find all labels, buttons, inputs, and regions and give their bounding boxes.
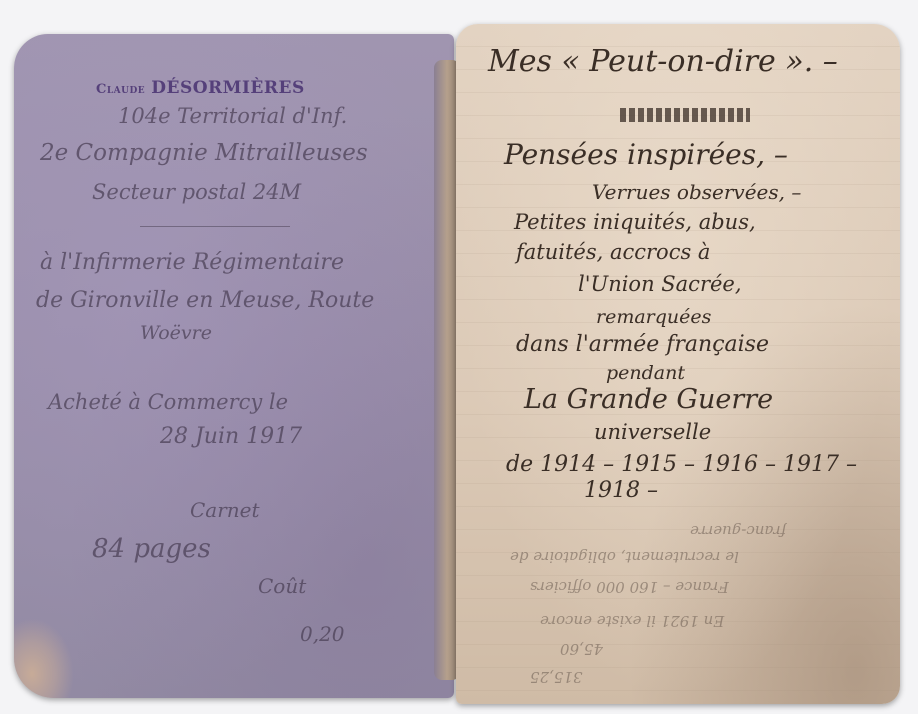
bleed-line-3: France – 160 000 officiers bbox=[530, 578, 729, 596]
left-line-cost-label: Coût bbox=[258, 574, 306, 598]
left-line-company: 2e Compagnie Mitrailleuses bbox=[40, 140, 368, 166]
right-line-12: 1918 – bbox=[584, 478, 658, 503]
left-line-postal: Secteur postal 24M bbox=[92, 180, 301, 204]
left-line-cost-value: 0,20 bbox=[300, 622, 345, 646]
left-line-date: 28 Juin 1917 bbox=[160, 424, 302, 449]
title-ornament bbox=[620, 108, 750, 122]
right-line-2: Verrues observées, – bbox=[592, 180, 801, 204]
stamp-first-name: Claude bbox=[96, 82, 145, 97]
right-line-6: remarquées bbox=[596, 306, 711, 328]
right-line-10: universelle bbox=[594, 420, 711, 444]
left-line-region: Woëvre bbox=[140, 322, 212, 344]
stamp-last-name: DÉSORMIÈRES bbox=[151, 78, 305, 98]
left-line-regiment: 104e Territorial d'Inf. bbox=[118, 104, 347, 128]
bleed-line-1: franc-guerre bbox=[690, 522, 786, 540]
bleed-line-6: 315,25 bbox=[530, 668, 583, 686]
left-line-location: de Gironville en Meuse, Route bbox=[36, 288, 374, 313]
notebook-photo: Claude DÉSORMIÈRES 104e Territorial d'In… bbox=[0, 0, 918, 714]
left-line-infirmary: à l'Infirmerie Régimentaire bbox=[40, 250, 344, 275]
right-line-4: fatuités, accrocs à bbox=[516, 240, 710, 264]
right-line-3: Petites iniquités, abus, bbox=[514, 210, 756, 234]
right-line-5: l'Union Sacrée, bbox=[578, 272, 742, 296]
left-line-carnet: Carnet bbox=[190, 498, 260, 522]
bleed-line-5: 45,60 bbox=[560, 640, 603, 658]
right-line-1: Pensées inspirées, – bbox=[504, 138, 788, 171]
bleed-line-4: En 1921 il existe encore bbox=[540, 612, 724, 630]
left-page-cover bbox=[14, 34, 454, 698]
right-title: Mes « Peut-on-dire ». – bbox=[488, 44, 838, 79]
left-line-pages: 84 pages bbox=[92, 534, 211, 564]
name-stamp: Claude DÉSORMIÈRES bbox=[96, 78, 305, 98]
right-line-7: dans l'armée française bbox=[516, 332, 769, 357]
left-line-purchased: Acheté à Commercy le bbox=[48, 390, 288, 414]
right-line-11: de 1914 – 1915 – 1916 – 1917 – bbox=[506, 452, 857, 477]
divider-line bbox=[140, 226, 290, 227]
right-line-9: La Grande Guerre bbox=[524, 384, 773, 415]
right-line-8: pendant bbox=[606, 362, 685, 384]
bleed-line-2: le recrutement, obligatoire de bbox=[510, 548, 739, 566]
